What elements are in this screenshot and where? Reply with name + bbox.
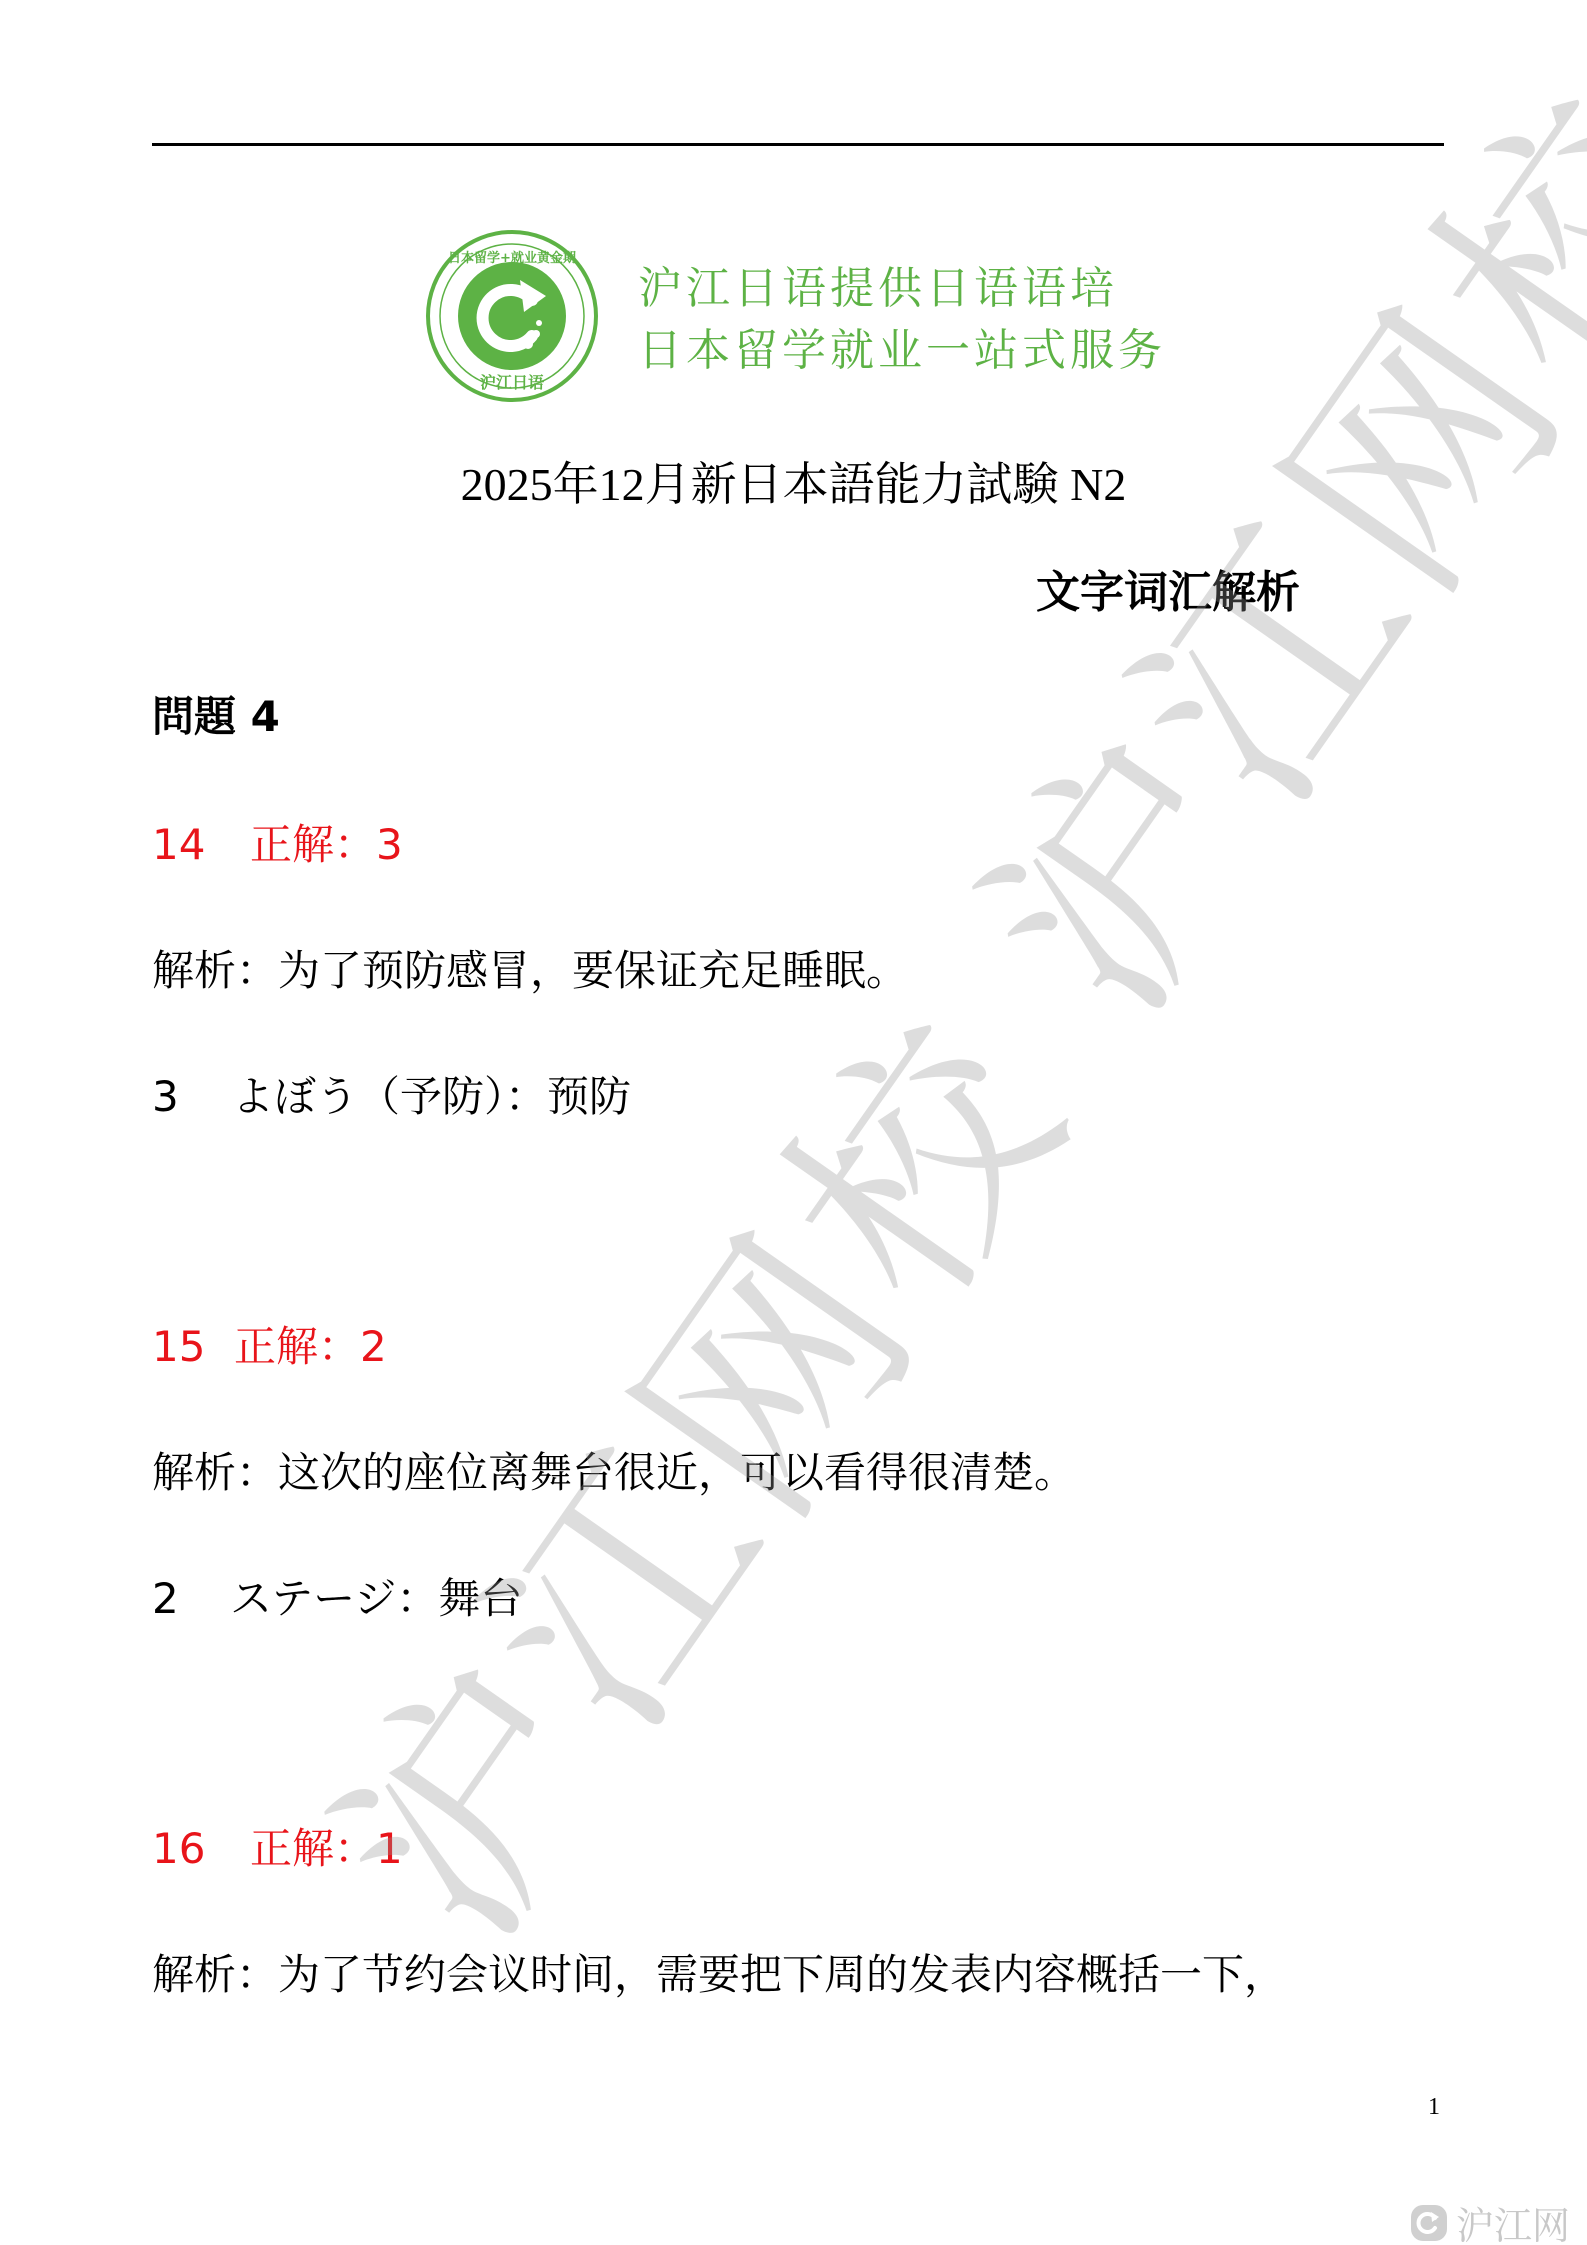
- answer-label: 正解：2: [234, 1322, 387, 1371]
- question-group-heading: 問題 4: [152, 684, 280, 744]
- answer-label: 正解：1: [250, 1824, 403, 1873]
- answer-label: 正解：3: [250, 820, 403, 869]
- vocab-meaning: 舞台: [438, 1574, 522, 1623]
- hujiang-logo-icon: 日本留学+就业黄金期 沪江日语: [424, 228, 600, 404]
- footer-brand: 沪江网: [1410, 2195, 1570, 2245]
- analysis-14: 解析：为了预防感冒，要保证充足睡眠。: [152, 938, 908, 998]
- slogan-line-2: 日本留学就业一站式服务: [638, 320, 1166, 382]
- vocab-meaning: 预防: [547, 1072, 631, 1121]
- analysis-15: 解析：这次的座位离舞台很近，可以看得很清楚。: [152, 1440, 1076, 1500]
- question-number: 15: [152, 1322, 234, 1371]
- slogan-line-1: 沪江日语提供日语语培: [638, 258, 1166, 320]
- answer-16: 16正解：1: [152, 1816, 403, 1876]
- document-title: 2025年12月新日本語能力試験 N2: [0, 448, 1587, 514]
- section-title: 文字词汇解析: [1036, 556, 1300, 620]
- page-number: 1: [1428, 2094, 1440, 2121]
- analysis-16: 解析：为了节约会议时间，需要把下周的发表内容概括一下，: [152, 1942, 1286, 2002]
- answer-15: 15正解：2: [152, 1314, 387, 1374]
- question-number: 14: [152, 820, 250, 869]
- vocab-reading: よぼう（予防）: [232, 1072, 505, 1121]
- answer-14: 14正解：3: [152, 812, 403, 872]
- question-number: 16: [152, 1824, 250, 1873]
- vocab-separator: ：: [396, 1574, 438, 1623]
- vocab-separator: ：: [505, 1072, 547, 1121]
- slogan: 沪江日语提供日语语培 日本留学就业一站式服务: [638, 258, 1166, 382]
- vocab-option-number: 2: [152, 1574, 230, 1623]
- vocab-14: 3よぼう（予防）：预防: [152, 1064, 631, 1124]
- vocab-15: 2ステージ：舞台: [152, 1566, 522, 1626]
- hujiang-logo-icon: [1410, 2204, 1448, 2242]
- vocab-option-number: 3: [152, 1072, 232, 1121]
- svg-text:日本留学+就业黄金期: 日本留学+就业黄金期: [448, 250, 576, 266]
- svg-text:沪江日语: 沪江日语: [480, 373, 544, 392]
- vocab-reading: ステージ: [230, 1574, 396, 1623]
- footer-brand-text: 沪江网: [1456, 2195, 1570, 2245]
- header-rule: [152, 143, 1444, 146]
